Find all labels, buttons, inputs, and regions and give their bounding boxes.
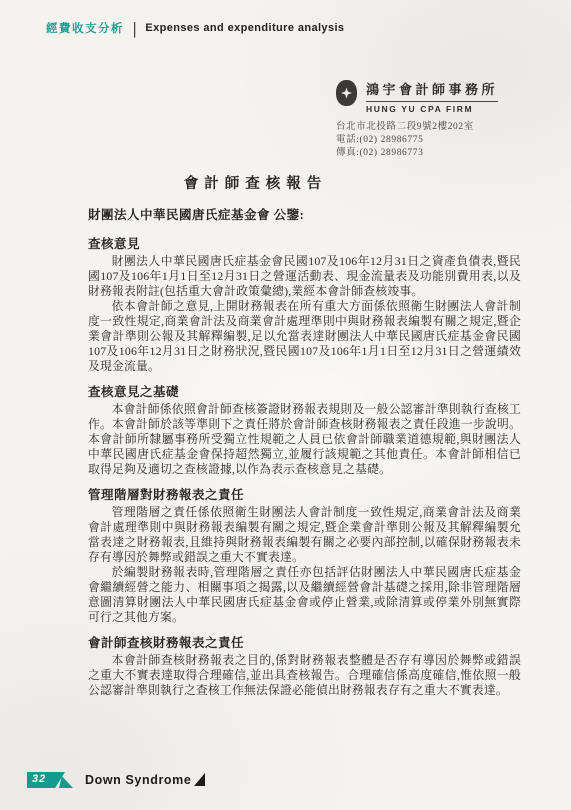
chapter-title-en: Expenses and expenditure analysis: [145, 22, 344, 34]
page-number-badge: 32: [27, 772, 73, 788]
section-heading: 管理階層對財務報表之責任: [88, 488, 521, 503]
cpa-firm-logo-icon: [336, 80, 357, 106]
section-paragraph: 依本會計師之意見,上開財務報表在所有重大方面係依照衛生財團法人會計制度一致性規定…: [88, 299, 521, 374]
chapter-header: 經費收支分析 | Expenses and expenditure analys…: [46, 20, 344, 36]
firm-name-en: HUNG YU CPA FIRM: [366, 104, 498, 114]
firm-fax: 傳真:(02) 28986773: [336, 147, 498, 160]
corner-triangle-icon: [194, 773, 205, 786]
section-paragraph: 管理階層之責任係依照衛生財團法人會計制度一致性規定,商業會計法及商業會計處理準則…: [88, 505, 521, 565]
report-section: 管理階層對財務報表之責任管理階層之責任係依照衛生財團法人會計制度一致性規定,商業…: [88, 488, 521, 625]
firm-contact-block: 台北市北投路二段9號2樓202室 電話:(02) 28986775 傳真:(02…: [336, 121, 498, 160]
firm-address: 台北市北投路二段9號2樓202室: [336, 121, 498, 134]
report-section: 會計師查核財務報表之責任本會計師查核財務報表之目的,係對財務報表整體是否存有導因…: [88, 636, 521, 698]
report-addressee: 財團法人中華民國唐氏症基金會 公鑒:: [88, 205, 304, 223]
page-number: 32: [32, 773, 46, 785]
publication-title: Down Syndrome: [85, 773, 205, 787]
report-title: 會計師查核報告: [0, 172, 511, 193]
section-heading: 查核意見之基礎: [88, 385, 521, 400]
report-body: 查核意見財團法人中華民國唐氏症基金會民國107及106年12月31日之資產負債表…: [88, 237, 521, 709]
chapter-header-divider: |: [133, 19, 136, 38]
page-footer: 32 Down Syndrome: [27, 772, 205, 788]
firm-phone: 電話:(02) 28986775: [336, 134, 498, 147]
section-paragraph: 本會計師係依照會計師查核簽證財務報表規則及一般公認審計準則執行查核工作。本會計師…: [88, 402, 521, 477]
section-paragraph: 財團法人中華民國唐氏症基金會民國107及106年12月31日之資產負債表,暨民國…: [88, 254, 521, 299]
section-paragraph: 本會計師查核財務報表之目的,係對財務報表整體是否存有導因於舞弊或錯誤之重大不實表…: [88, 653, 521, 698]
report-section: 查核意見財團法人中華民國唐氏症基金會民國107及106年12月31日之資產負債表…: [88, 237, 521, 374]
chapter-title-zh: 經費收支分析: [46, 20, 124, 36]
section-paragraph: 於編製財務報表時,管理階層之責任亦包括評估財團法人中華民國唐氏症基金會繼續經營之…: [88, 565, 521, 625]
section-heading: 會計師查核財務報表之責任: [88, 636, 521, 651]
section-heading: 查核意見: [88, 237, 521, 252]
report-page: 經費收支分析 | Expenses and expenditure analys…: [0, 0, 571, 810]
cpa-firm-letterhead: 鴻宇會計師事務所 HUNG YU CPA FIRM 台北市北投路二段9號2樓20…: [336, 79, 498, 160]
report-section: 查核意見之基礎本會計師係依照會計師查核簽證財務報表規則及一般公認審計準則執行查核…: [88, 385, 521, 477]
firm-name-zh: 鴻宇會計師事務所: [366, 79, 498, 102]
